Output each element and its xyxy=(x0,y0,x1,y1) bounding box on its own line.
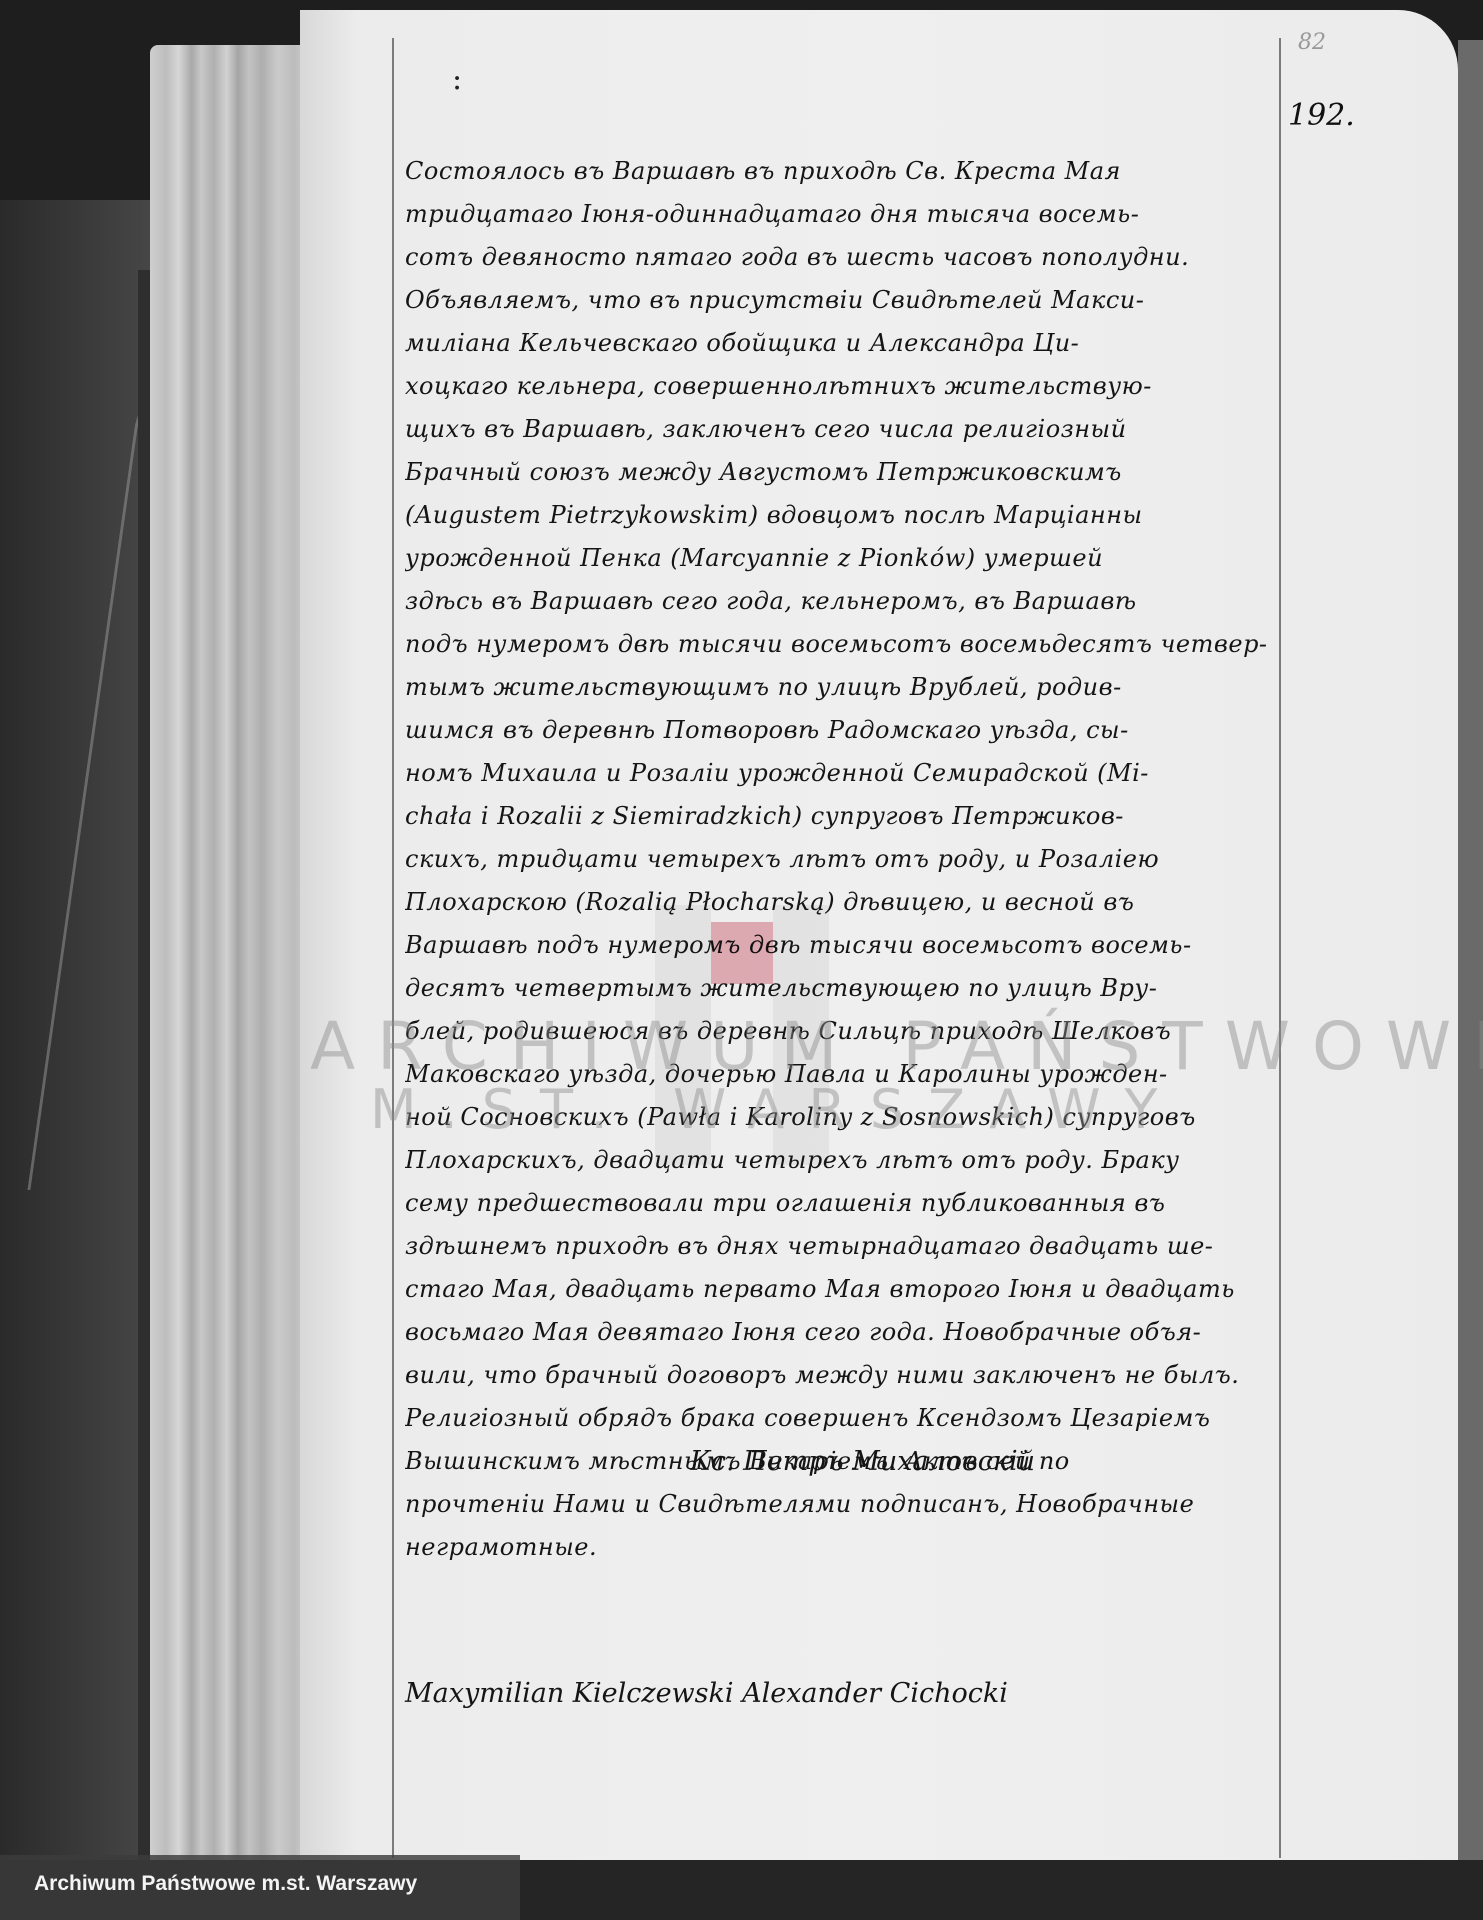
text-line: здѣсь въ Варшавѣ сего года, кельнеромъ, … xyxy=(405,580,1275,623)
text-line: chała i Rozalii z Siemiradzkich) супруго… xyxy=(405,795,1275,838)
text-line: шимся въ деревнѣ Потворовѣ Радомскаго уѣ… xyxy=(405,709,1275,752)
text-line: милiана Кельчевскаго обойщика и Александ… xyxy=(405,322,1275,365)
text-line: хоцкаго кельнера, совершеннолѣтнихъ жите… xyxy=(405,365,1275,408)
text-line: здѣшнемъ приходѣ въ днях четырнадцатаго … xyxy=(405,1225,1275,1268)
text-line: Плохарскою (Rozalią Płocharską) дѣвицею,… xyxy=(405,881,1275,924)
pencil-annotation: 82 xyxy=(1298,30,1326,55)
text-line: номъ Михаила и Розалiи урожденной Семира… xyxy=(405,752,1275,795)
text-line: стаго Мая, двадцать первато Мая второго … xyxy=(405,1268,1275,1311)
text-line: вили, что брачный договоръ между ними за… xyxy=(405,1354,1275,1397)
text-line: неграмотные. xyxy=(405,1526,1275,1569)
watermark-city: M.ST. WARSZAWY xyxy=(370,1078,1181,1141)
right-page-edge xyxy=(1458,40,1483,1860)
text-line: Состоялось въ Варшавѣ въ приходѣ Св. Кре… xyxy=(405,150,1275,193)
top-mark: : xyxy=(452,62,462,97)
text-line: тридцатаго Iюня-одиннадцатаго дня тысяча… xyxy=(405,193,1275,236)
text-line: (Augustem Pietrzykowskim) вдовцомъ послѣ… xyxy=(405,494,1275,537)
text-line: Объявляемъ, что въ присутствiи Свидѣтеле… xyxy=(405,279,1275,322)
witness-signatures: Maxymilian Kielczewski Alexander Cichock… xyxy=(405,1678,1008,1709)
priest-signature: Кс. Петръ Михаловскiй xyxy=(690,1446,1035,1477)
watermark-archive-name: ARCHIWUM PAŃSTWOWE xyxy=(310,1008,1483,1085)
text-line: тымъ жительствующимъ по улицѣ Врублей, р… xyxy=(405,666,1275,709)
pink-highlight-marker xyxy=(711,922,773,984)
text-line: Религiозный обрядъ брака совершенъ Ксенд… xyxy=(405,1397,1275,1440)
page-number: 192. xyxy=(1288,98,1355,133)
text-line: подъ нумеромъ двѣ тысячи восемьсотъ восе… xyxy=(405,623,1275,666)
book-page-edges xyxy=(150,45,310,1885)
text-line: восьмаго Мая девятаго Iюня сего года. Но… xyxy=(405,1311,1275,1354)
text-line: скихъ, тридцати четырехъ лѣтъ отъ роду, … xyxy=(405,838,1275,881)
archive-credit: Archiwum Państwowe m.st. Warszawy xyxy=(34,1872,417,1896)
text-line: урожденной Пенка (Marcyannie z Pionków) … xyxy=(405,537,1275,580)
text-line: сему предшествовали три оглашенiя публик… xyxy=(405,1182,1275,1225)
text-line: Варшавѣ подъ нумеромъ двѣ тысячи восемьс… xyxy=(405,924,1275,967)
text-line: щихъ въ Варшавѣ, заключенъ сего числа ре… xyxy=(405,408,1275,451)
text-line: Плохарскихъ, двадцати четырехъ лѣтъ отъ … xyxy=(405,1139,1275,1182)
right-margin-line xyxy=(1279,38,1281,1858)
handwritten-record-text: Состоялось въ Варшавѣ въ приходѣ Св. Кре… xyxy=(405,150,1275,1569)
left-margin-line xyxy=(392,38,394,1858)
text-line: десятъ четвертымъ жительствующею по улиц… xyxy=(405,967,1275,1010)
text-line: сотъ девяносто пятаго года въ шесть часо… xyxy=(405,236,1275,279)
text-line: прочтенiи Нами и Свидѣтелями подписанъ, … xyxy=(405,1483,1275,1526)
text-line: Брачный союзъ между Августомъ Петржиковс… xyxy=(405,451,1275,494)
